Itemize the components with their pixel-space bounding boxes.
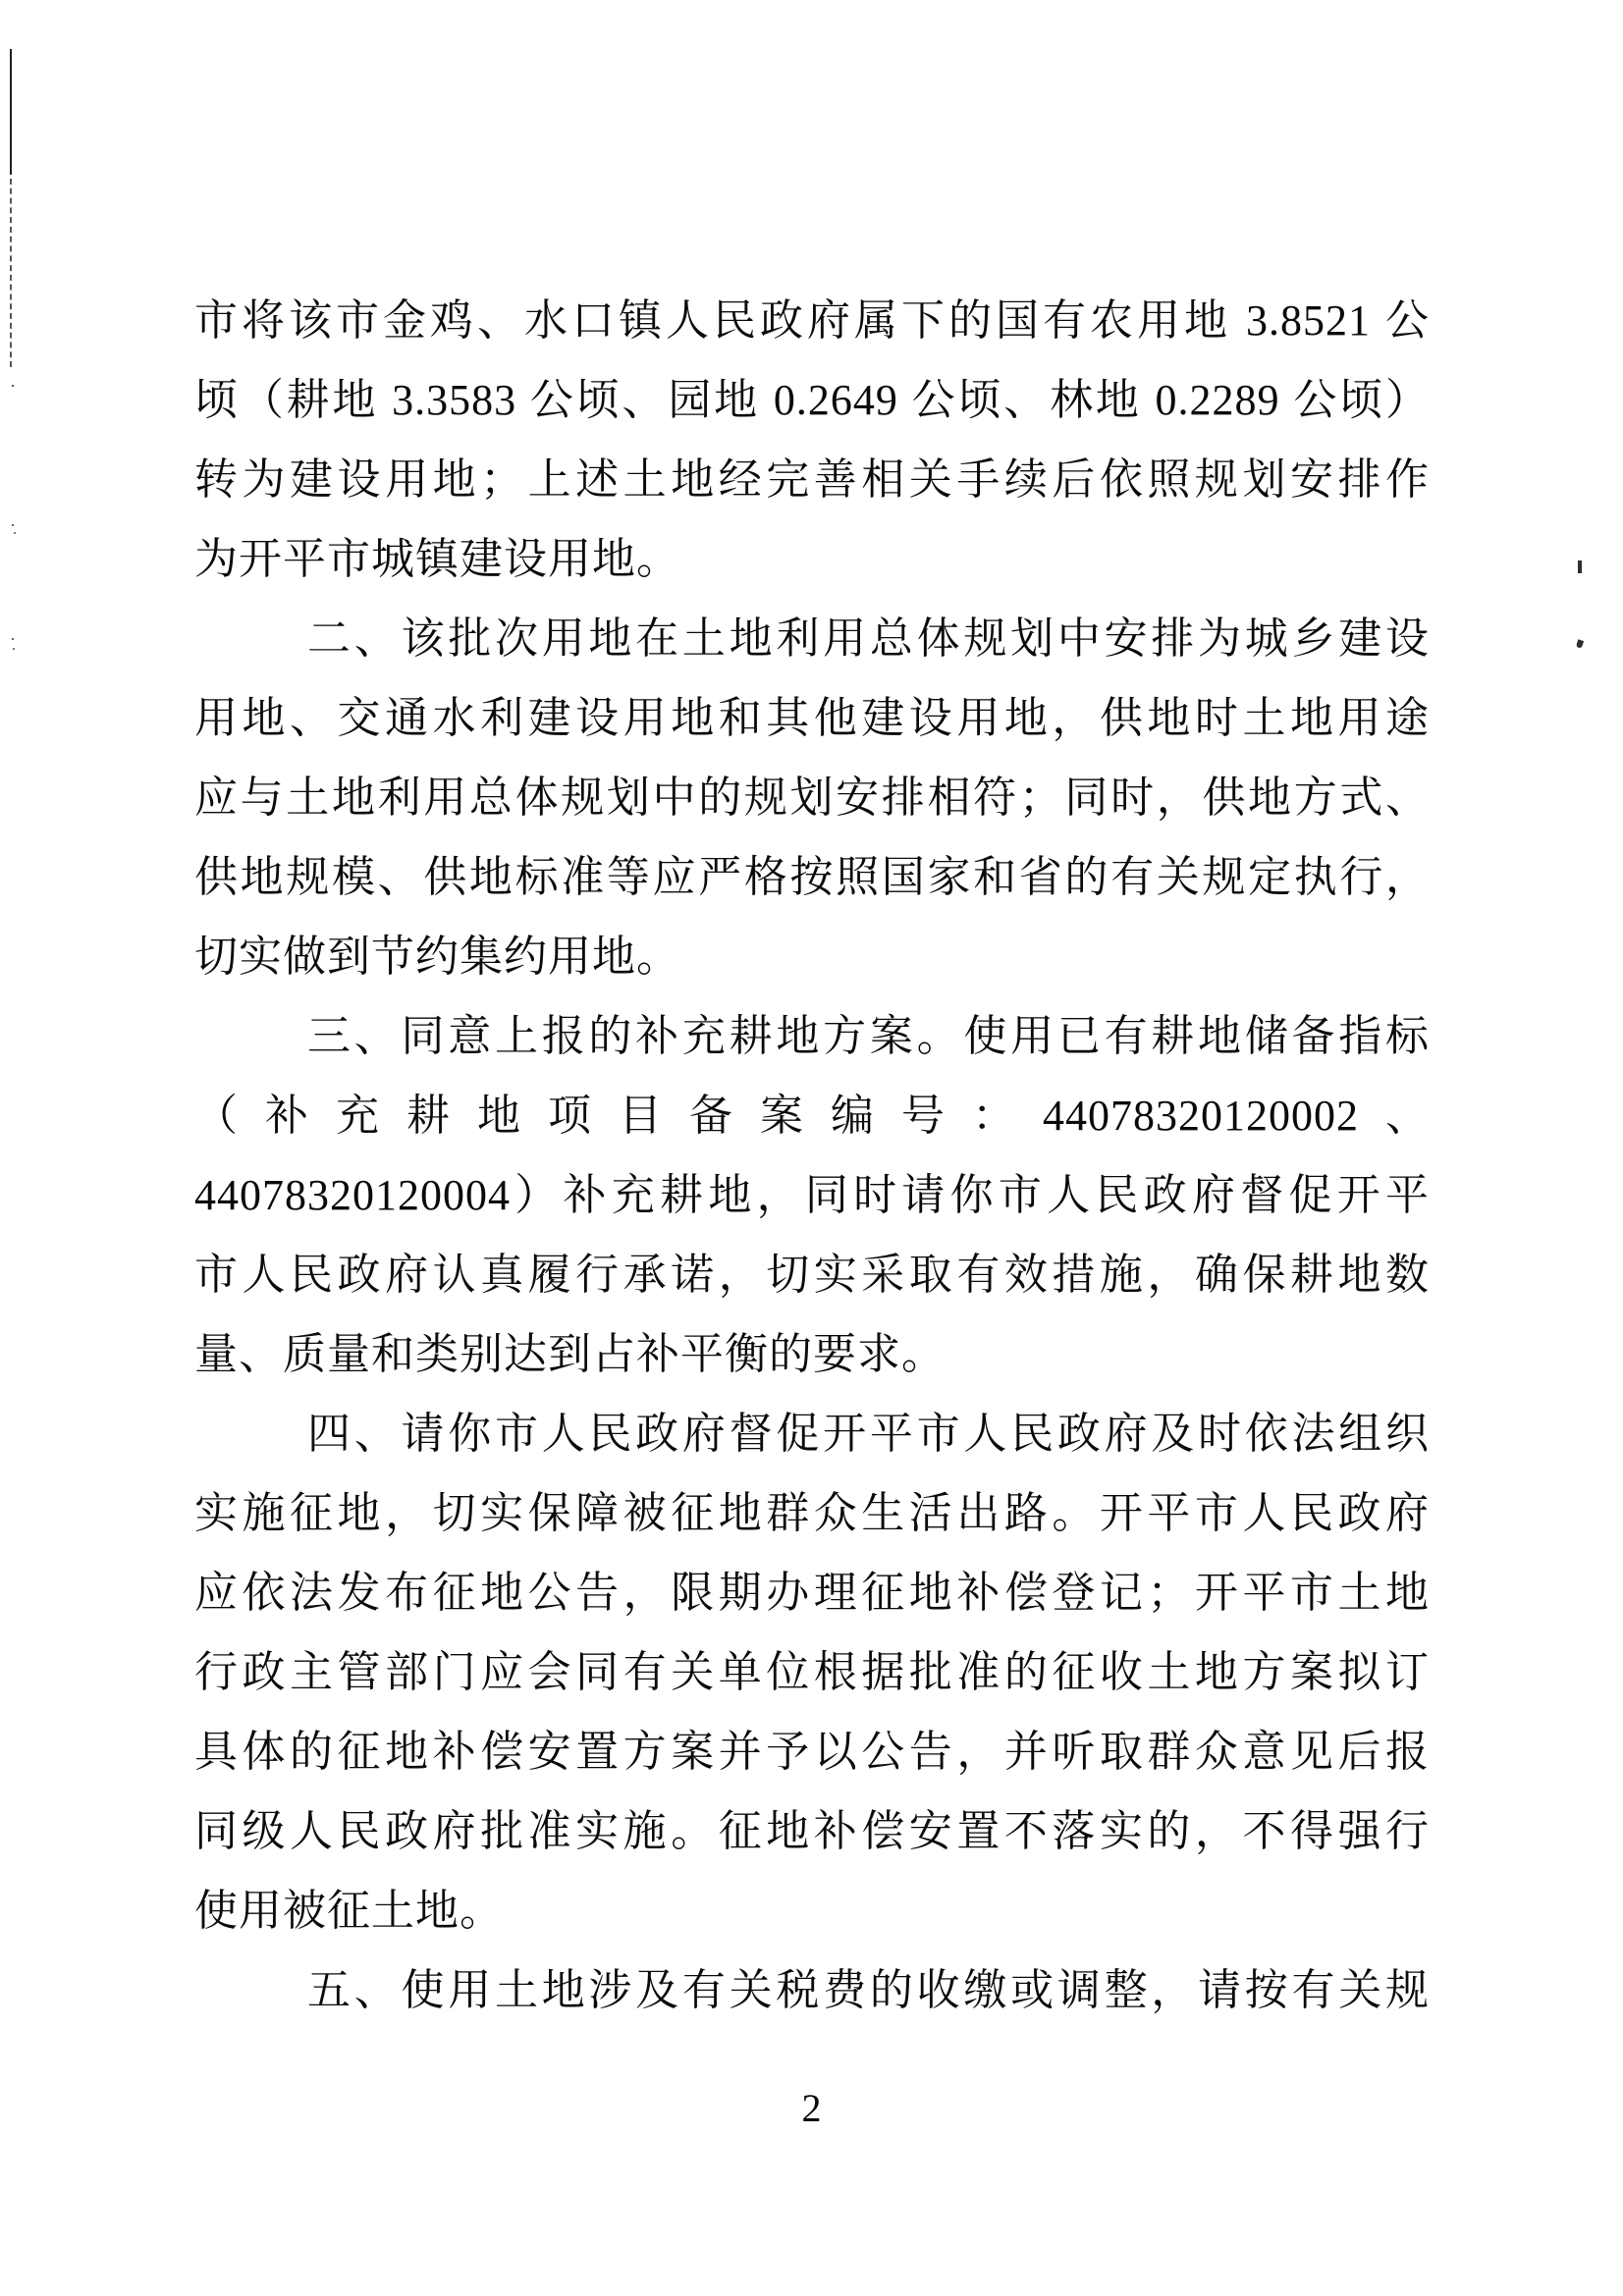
- text-line: 44078320120004）补充耕地，同时请你市人民政府督促开平: [194, 1155, 1430, 1235]
- text-line: 同级人民政府批准实施。征地补偿安置不落实的，不得强行: [194, 1791, 1430, 1871]
- scan-artifact-speck: [1578, 561, 1582, 573]
- text-line: 供地规模、供地标准等应严格按照国家和省的有关规定执行，: [194, 837, 1430, 917]
- text-line: 实施征地，切实保障被征地群众生活出路。开平市人民政府: [194, 1473, 1430, 1553]
- text-line: 量、质量和类别达到占补平衡的要求。: [194, 1314, 1430, 1394]
- text-line: 应依法发布征地公告，限期办理征地补偿登记；开平市土地: [194, 1553, 1430, 1632]
- text-line: 用地、交通水利建设用地和其他建设用地，供地时土地用途: [194, 678, 1430, 758]
- scan-artifact-speck: [1576, 639, 1584, 648]
- text-line: 转为建设用地；上述土地经完善相关手续后依照规划安排作: [194, 440, 1430, 519]
- text-line: 行政主管部门应会同有关单位根据批准的征收土地方案拟订: [194, 1632, 1430, 1712]
- text-line: 四、请你市人民政府督促开平市人民政府及时依法组织: [194, 1394, 1430, 1473]
- text-line: 市人民政府认真履行承诺，切实采取有效措施，确保耕地数: [194, 1235, 1430, 1314]
- text-line: 五、使用土地涉及有关税费的收缴或调整，请按有关规: [194, 1950, 1430, 2030]
- text-line: 切实做到节约集约用地。: [194, 917, 1430, 996]
- text-line: 市将该市金鸡、水口镇人民政府属下的国有农用地 3.8521 公: [194, 281, 1430, 360]
- text-line: 三、同意上报的补充耕地方案。使用已有耕地储备指标: [194, 996, 1430, 1076]
- scanned-document-page: 市将该市金鸡、水口镇人民政府属下的国有农用地 3.8521 公 顷（耕地 3.3…: [0, 0, 1623, 2296]
- text-line: 具体的征地补偿安置方案并予以公告，并听取群众意见后报: [194, 1712, 1430, 1791]
- text-line: （补充耕地项目备案编号：44078320120002、: [194, 1076, 1430, 1155]
- scan-artifact-dots: [12, 385, 14, 387]
- text-line: 使用被征土地。: [194, 1871, 1430, 1950]
- text-line: 应与土地利用总体规划中的规划安排相符；同时，供地方式、: [194, 758, 1430, 837]
- scan-artifact-dashed-line: [10, 179, 12, 367]
- text-line: 二、该批次用地在土地利用总体规划中安排为城乡建设: [194, 599, 1430, 678]
- text-line: 顷（耕地 3.3583 公顷、园地 0.2649 公顷、林地 0.2289 公顷…: [194, 360, 1430, 440]
- document-body: 市将该市金鸡、水口镇人民政府属下的国有农用地 3.8521 公 顷（耕地 3.3…: [194, 281, 1430, 2030]
- text-line: 为开平市城镇建设用地。: [194, 519, 1430, 599]
- scan-artifact-vertical-line: [10, 49, 12, 175]
- page-number: 2: [0, 2085, 1623, 2132]
